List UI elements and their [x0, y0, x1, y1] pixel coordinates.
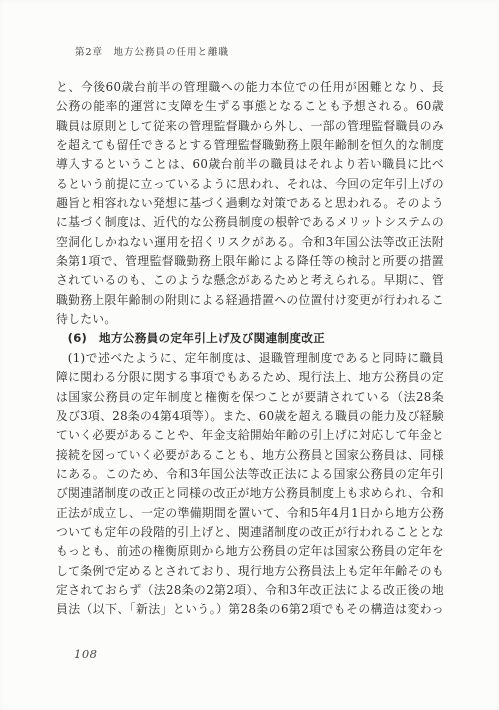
text-line: して条例で定めるとされており、現行地方公務員法上も定年年齢そのものは規 [56, 562, 444, 581]
text-line: もっとも、前述の権衡原則から地方公務員の定年は国家公務員の定年を基準と [56, 542, 444, 561]
running-header: 第2章 地方公務員の任用と離職 [75, 44, 229, 58]
paragraph-body: (1)で述べたように、定年制度は、退職管理制度であると同時に職員の身分保障に関わ… [56, 349, 444, 620]
text-line: 空洞化しかねない運用を招くリスクがある。令和3年国公法等改正法附則第16 [56, 233, 444, 252]
text-line: 接続を図っていく必要があることも、地方公務員と国家公務員は、同様の状況 [56, 446, 444, 465]
text-line: 公務の能率的運営に支障を生ずる事態となることも予想される。60歳を超える [56, 97, 444, 116]
paragraph-continuation: と、今後60歳台前半の管理職への能力本位での任用が困難となり、長期的には公務の能… [56, 78, 444, 329]
text-line: を超えても留任できるとする管理監督職勤務上限年齢制を恒久的な制度として [56, 136, 444, 155]
text-line: に基づく制度は、近代的な公務員制度の根幹であるメリットシステムの理念を [56, 213, 444, 232]
document-page: 第2章 地方公務員の任用と離職 と、今後60歳台前半の管理職への能力本位での任用… [0, 0, 499, 710]
text-line: ていく必要があることや、年金支給開始年齢の引上げに対応して年金と雇用の [56, 426, 444, 445]
text-line: 職員は原則として従来の管理監督職から外し、一部の管理監督職員のみが60歳 [56, 117, 444, 136]
text-line: 趣旨と相容れない発想に基づく過剰な対策であると思われる。そのような政策 [56, 194, 444, 213]
text-line: 導入するということは、60歳台前半の職員はそれより若い職員に比べ能力が劣 [56, 155, 444, 174]
text-line: び関連諸制度の改正と同様の改正が地方公務員制度上も求められ、令和3年改 [56, 484, 444, 503]
text-line: されているのも、このような懸念があるためと考えられる。早期に、管理監督 [56, 271, 444, 290]
text-line: と、今後60歳台前半の管理職への能力本位での任用が困難となり、長期的には [56, 78, 444, 97]
text-column: と、今後60歳台前半の管理職への能力本位での任用が困難となり、長期的には公務の能… [56, 78, 444, 620]
text-line: 及び3項、28条の4第4項等）。また、60歳を超える職員の能力及び経験を活用し [56, 407, 444, 426]
text-line: にある。このため、令和3年国公法等改正法による国家公務員の定年引上げ及 [56, 465, 444, 484]
text-line: 正法が成立し、一定の準備期間を置いて、令和5年4月1日から地方公務員に [56, 504, 444, 523]
text-line: (1)で述べたように、定年制度は、退職管理制度であると同時に職員の身分保 [56, 349, 444, 368]
page-number: 108 [74, 647, 97, 661]
text-line: 員法（以下、「新法」という。）第28条の6第2項でもその構造は変わっていない [56, 600, 444, 619]
text-line: るという前提に立っているように思われ、それは、今回の定年引上げの本来の [56, 175, 444, 194]
text-line: 職勤務上限年齢制の附則による経過措置への位置付け変更が行われることを期 [56, 291, 444, 310]
text-line: 条第1項で、管理監督職勤務上限年齢による降任等の検討と所要の措置が規定 [56, 252, 444, 271]
text-line: 定されておらず（法28条の2第2項）、令和3年改正法による改正後の地方公務 [56, 581, 444, 600]
section-heading: (6) 地方公務員の定年引上げ及び関連制度改正 [56, 329, 444, 348]
text-line: ついても定年の段階的引上げと、関連諸制度の改正が行われることとなった。 [56, 523, 444, 542]
text-line: は国家公務員の定年制度と権衡を保つことが要請されている（法28条の2第2項 [56, 388, 444, 407]
text-line: 障に関わる分限に関する事項でもあるため、現行法上、地方公務員の定年制度 [56, 368, 444, 387]
text-line: 待したい。 [56, 310, 444, 329]
